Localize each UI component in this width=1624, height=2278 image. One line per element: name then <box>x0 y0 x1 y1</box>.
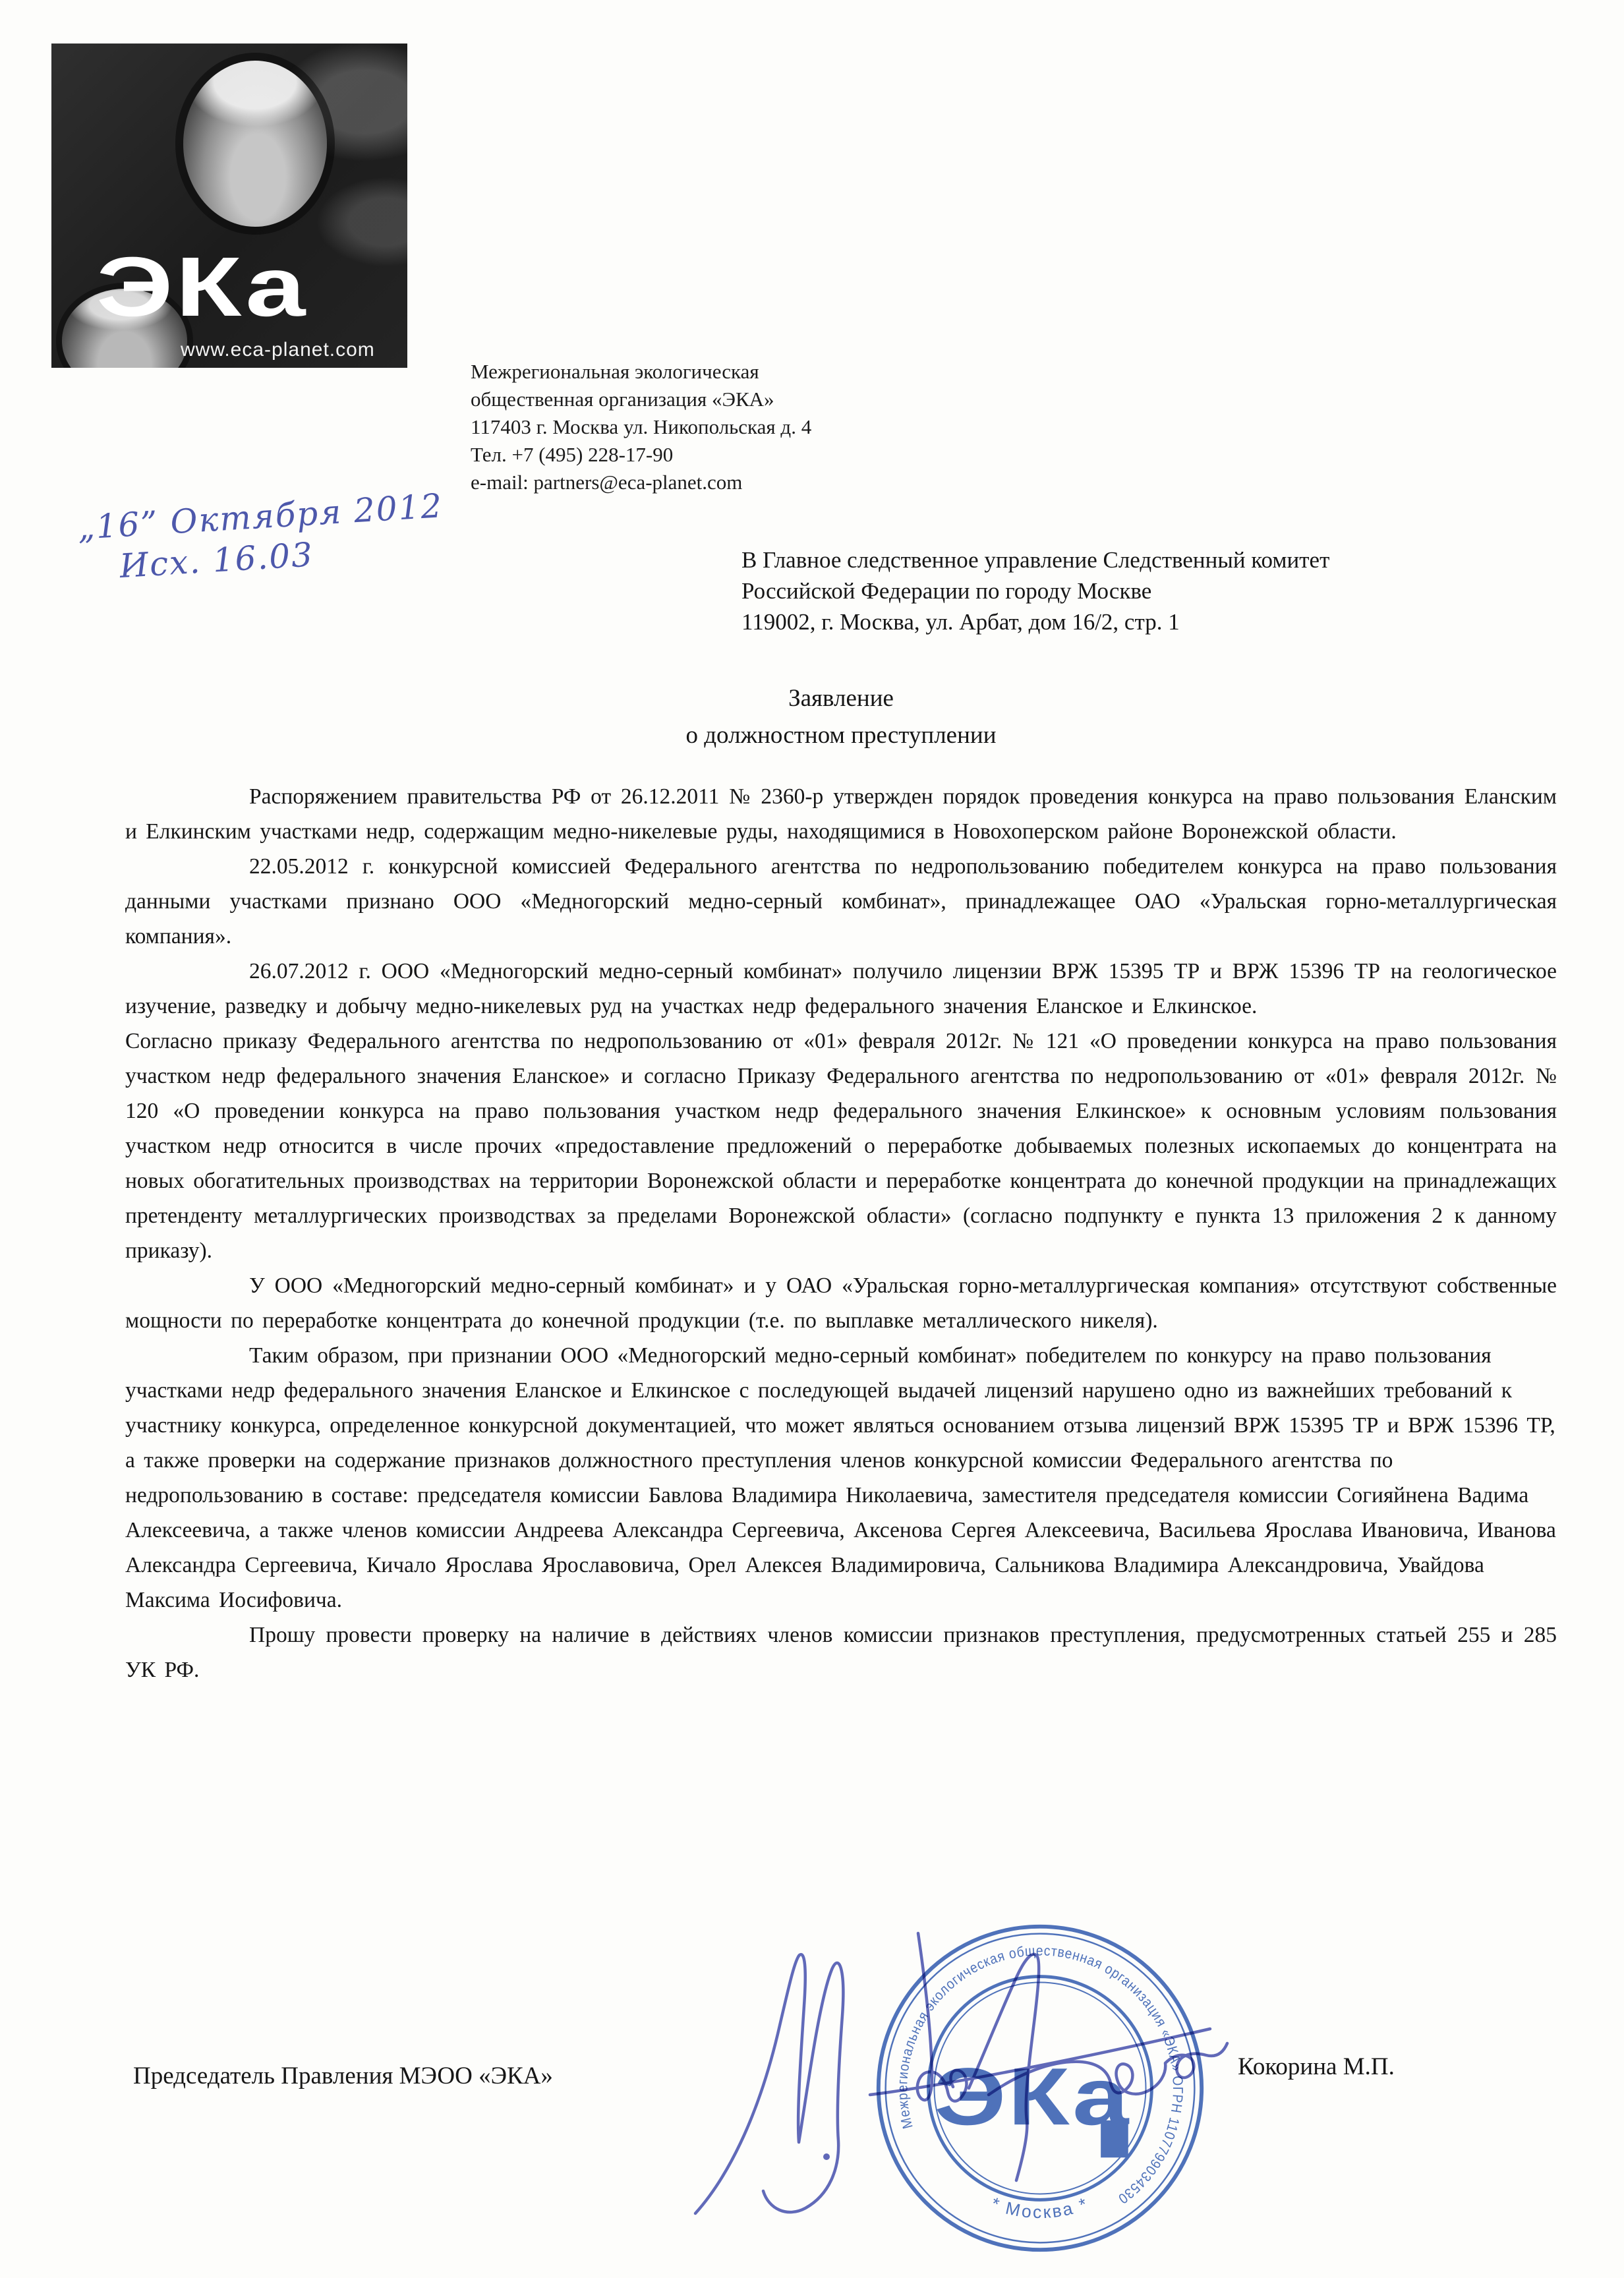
signature-stroke-surname <box>917 1933 967 2101</box>
org-line-email: e-mail: partners@eca-planet.com <box>471 469 811 496</box>
recipient-line: 119002, г. Москва, ул. Арбат, дом 16/2, … <box>741 606 1565 637</box>
paragraph: 26.07.2012 г. ООО «Медногорский медно-се… <box>125 954 1557 1024</box>
scanned-letter-page: ЭКа www.eca-planet.com Межрегиональная э… <box>0 0 1624 2278</box>
org-line: 117403 г. Москва ул. Никопольская д. 4 <box>471 413 811 441</box>
letter-body: Распоряжением правительства РФ от 26.12.… <box>125 779 1557 1687</box>
handwritten-note: „16” Октября 2012 Исх. 16.03 <box>76 485 447 589</box>
paragraph: Распоряжением правительства РФ от 26.12.… <box>125 779 1557 849</box>
eca-logo-url: www.eca-planet.com <box>181 339 375 361</box>
title-line-2: о должностном преступлении <box>125 717 1557 754</box>
signature-stroke-flourish <box>870 2029 1210 2095</box>
paragraph: У ООО «Медногорский медно-серный комбина… <box>125 1268 1557 1338</box>
recipient-block: В Главное следственное управление Следст… <box>741 544 1565 637</box>
org-line: общественная организация «ЭКА» <box>471 386 811 413</box>
paragraph: Прошу провести проверку на наличие в дей… <box>125 1618 1557 1687</box>
org-line-phone: Тел. +7 (495) 228-17-90 <box>471 441 811 469</box>
signer-position: Председатель Правления МЭОО «ЭКА» <box>133 2062 553 2090</box>
title-line-1: Заявление <box>125 680 1557 717</box>
signature-dot <box>823 2153 830 2160</box>
org-line: Межрегиональная экологическая <box>471 358 811 386</box>
eca-logo: ЭКа www.eca-planet.com <box>51 44 407 368</box>
signature-stroke-initial <box>695 1954 843 2213</box>
signature <box>659 1897 1351 2278</box>
paragraph: 22.05.2012 г. конкурсной комиссией Федер… <box>125 849 1557 954</box>
letterhead-org-block: Межрегиональная экологическая общественн… <box>471 358 811 496</box>
document-title: Заявление о должностном преступлении <box>125 680 1557 754</box>
paragraph: Согласно приказу Федерального агентства … <box>125 1024 1557 1268</box>
recipient-line: В Главное следственное управление Следст… <box>741 544 1565 575</box>
eca-logo-letters: ЭКа <box>96 250 308 324</box>
water-droplet-large <box>183 61 327 227</box>
paragraph: Таким образом, при признании ООО «Медног… <box>125 1338 1557 1618</box>
recipient-line: Российской Федерации по городу Москве <box>741 575 1565 606</box>
